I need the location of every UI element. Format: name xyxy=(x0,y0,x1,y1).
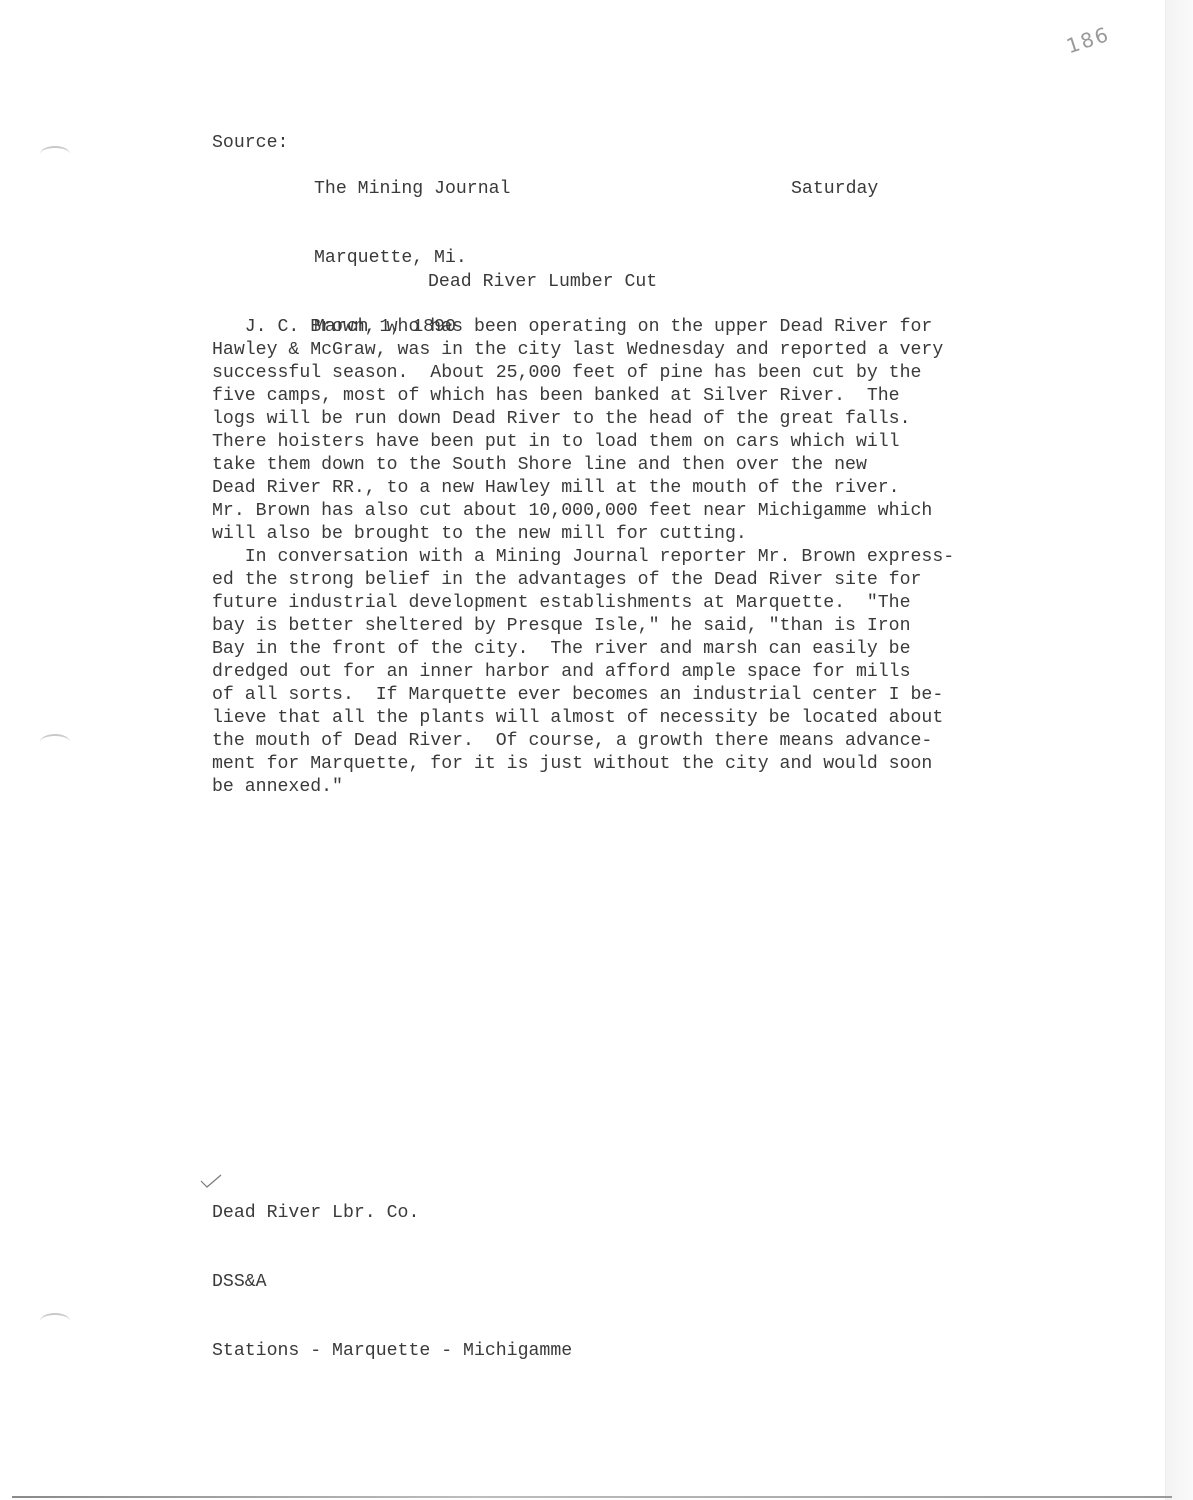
punch-hole-mark xyxy=(40,734,70,750)
article-line: five camps, most of which has been banke… xyxy=(212,385,943,408)
source-label: Source: xyxy=(212,132,288,155)
article-line: In conversation with a Mining Journal re… xyxy=(212,546,954,569)
footer-notes: Dead River Lbr. Co. DSS&A Stations - Mar… xyxy=(212,1156,572,1386)
article-line: take them down to the South Shore line a… xyxy=(212,454,943,477)
article-line: ment for Marquette, for it is just witho… xyxy=(212,753,954,776)
article-title: Dead River Lumber Cut xyxy=(428,271,657,294)
page-edge-bottom xyxy=(12,1496,1172,1498)
article-line: dredged out for an inner harbor and affo… xyxy=(212,661,954,684)
article-line: lieve that all the plants will almost of… xyxy=(212,707,954,730)
article-line: the mouth of Dead River. Of course, a gr… xyxy=(212,730,954,753)
page-edge-right xyxy=(1165,0,1193,1500)
footer-railroad: DSS&A xyxy=(212,1271,572,1294)
article-line: Mr. Brown has also cut about 10,000,000 … xyxy=(212,500,943,523)
article-line: of all sorts. If Marquette ever becomes … xyxy=(212,684,954,707)
source-publication: The Mining Journal xyxy=(314,178,510,201)
article-line: be annexed." xyxy=(212,776,954,799)
article-line: J. C. Brown, who has been operating on t… xyxy=(212,316,943,339)
article-line: logs will be run down Dead River to the … xyxy=(212,408,943,431)
punch-hole-mark xyxy=(40,1313,70,1329)
article-line: Bay in the front of the city. The river … xyxy=(212,638,954,661)
footer-company: Dead River Lbr. Co. xyxy=(212,1202,572,1225)
article-paragraph-2: In conversation with a Mining Journal re… xyxy=(212,546,954,799)
handwritten-page-number: 186 xyxy=(1063,22,1112,58)
article-paragraph-1: J. C. Brown, who has been operating on t… xyxy=(212,316,943,546)
article-line: future industrial development establishm… xyxy=(212,592,954,615)
article-line: Dead River RR., to a new Hawley mill at … xyxy=(212,477,943,500)
article-line: will also be brought to the new mill for… xyxy=(212,523,943,546)
punch-hole-mark xyxy=(40,146,70,162)
article-line: successful season. About 25,000 feet of … xyxy=(212,362,943,385)
source-location: Marquette, Mi. xyxy=(314,247,510,270)
article-line: ed the strong belief in the advantages o… xyxy=(212,569,954,592)
article-line: bay is better sheltered by Presque Isle,… xyxy=(212,615,954,638)
article-line: There hoisters have been put in to load … xyxy=(212,431,943,454)
source-day: Saturday xyxy=(791,178,878,201)
footer-stations: Stations - Marquette - Michigamme xyxy=(212,1340,572,1363)
checkmark-icon xyxy=(199,1172,225,1192)
article-line: Hawley & McGraw, was in the city last We… xyxy=(212,339,943,362)
